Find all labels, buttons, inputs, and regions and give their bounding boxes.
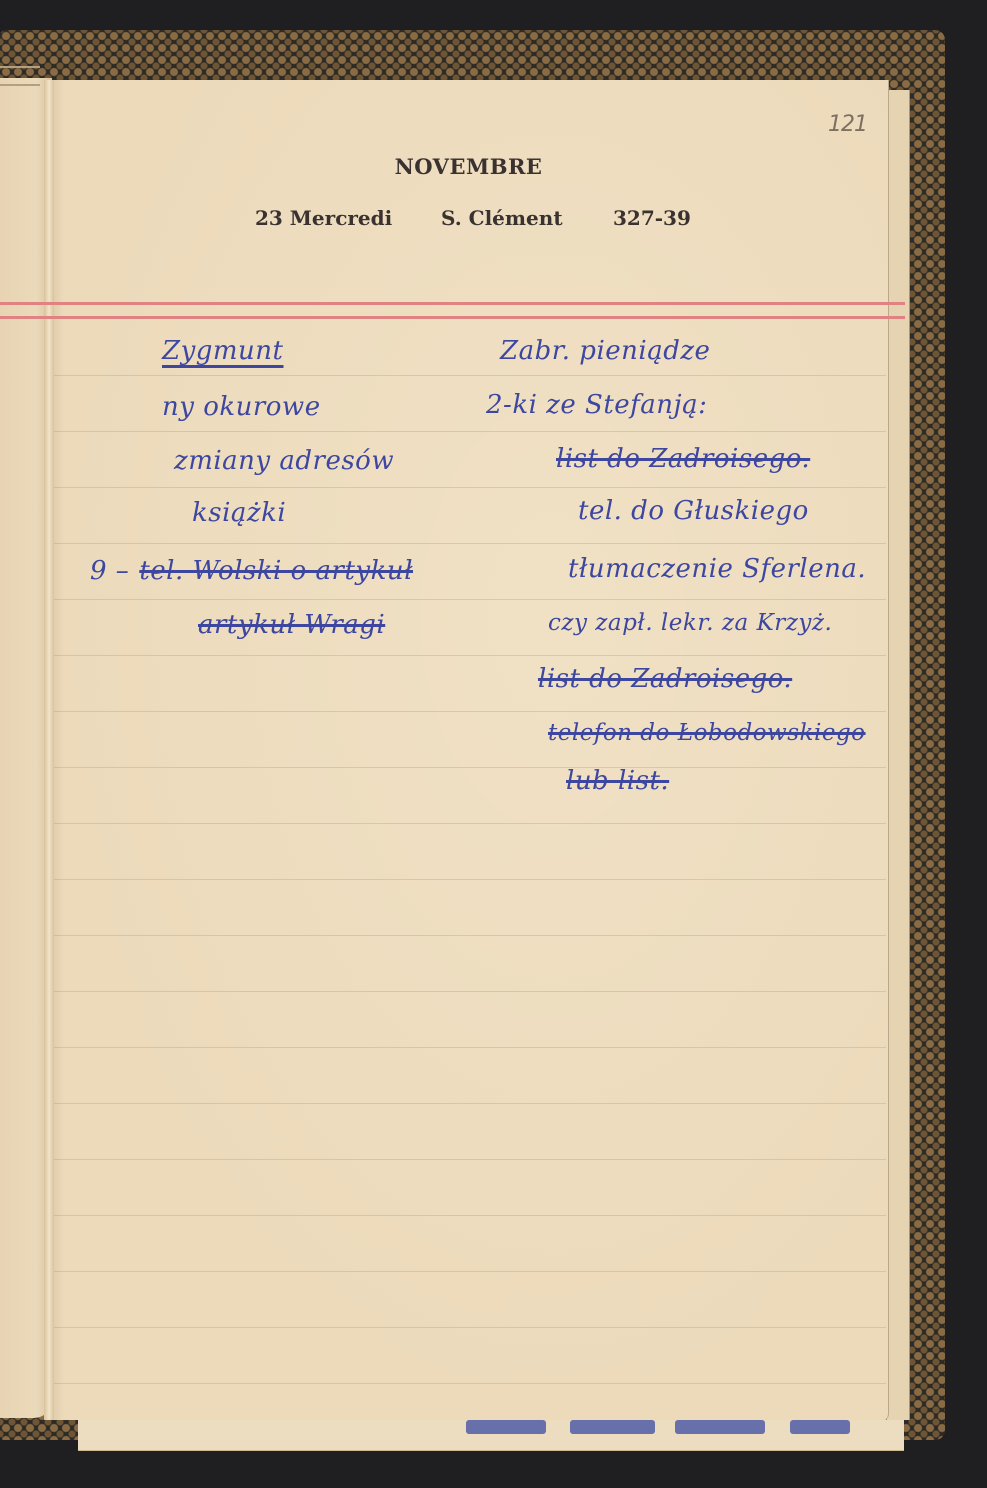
red-rule-bottom (0, 316, 905, 319)
ruled-line (54, 543, 886, 544)
ruled-line (54, 767, 886, 768)
page-stack-right-edge (886, 90, 910, 1420)
note-right-item-struck: list do Zadroisego. (538, 664, 792, 694)
page-stack-edge (0, 66, 40, 86)
day-of-year: 327-39 (613, 206, 691, 230)
diary-page (50, 80, 889, 1420)
ink-bleed-through (570, 1420, 655, 1434)
ruled-line (54, 655, 886, 656)
ruled-line (54, 1271, 886, 1272)
ruled-line (54, 599, 886, 600)
ink-bleed-through (466, 1420, 546, 1434)
ink-bleed-through (790, 1420, 850, 1434)
note-left-item-struck: 9 –tel. Wolski o artykuł (90, 556, 413, 586)
ink-bleed-through (675, 1420, 765, 1434)
ruled-line (54, 1383, 886, 1384)
note-right-item: 2-ki ze Stefanją: (486, 390, 707, 420)
ruled-line (54, 879, 886, 880)
note-left-item-struck: artykuł Wragi (198, 610, 385, 640)
note-left-item: zmiany adresów (174, 446, 394, 476)
ruled-line (54, 487, 886, 488)
note-struck-text: tel. Wolski o artykuł (139, 556, 413, 586)
folio-number: 121 (828, 112, 867, 137)
note-right-item: czy zapł. lekr. za Krzyż. (548, 610, 832, 636)
red-rule-top (0, 302, 905, 305)
ruled-line (54, 711, 886, 712)
day-label: 23 Mercredi (255, 206, 441, 230)
month-heading: NOVEMBRE (0, 154, 937, 179)
date-line: 23 Mercredi S. Clément 327-39 (255, 206, 691, 230)
note-right-item: tłumaczenie Sferlena. (568, 554, 866, 584)
book-gutter (44, 80, 54, 1420)
note-left-item: książki (192, 498, 286, 528)
ruled-line (54, 991, 886, 992)
note-right-item-struck: telefon do Łobodowskiego (548, 720, 866, 746)
ruled-line (54, 1159, 886, 1160)
ruled-line (54, 1327, 886, 1328)
note-left-title: Zygmunt (162, 336, 284, 366)
ruled-line (54, 1047, 886, 1048)
ruled-line (54, 1215, 886, 1216)
note-right-item: tel. do Głuskiego (578, 496, 809, 526)
note-right-item-struck: lub list. (566, 766, 669, 796)
note-time-prefix: 9 – (90, 556, 129, 586)
note-right-item-struck: list do Zadroisego. (556, 444, 810, 474)
ruled-line (54, 823, 886, 824)
note-left-item: ny okurowe (162, 392, 321, 422)
ruled-line (54, 375, 886, 376)
ruled-line (54, 431, 886, 432)
ruled-line (54, 935, 886, 936)
ruled-line (54, 1103, 886, 1104)
note-right-item: Zabr. pieniądze (500, 336, 710, 366)
saint-name: S. Clément (441, 206, 613, 230)
